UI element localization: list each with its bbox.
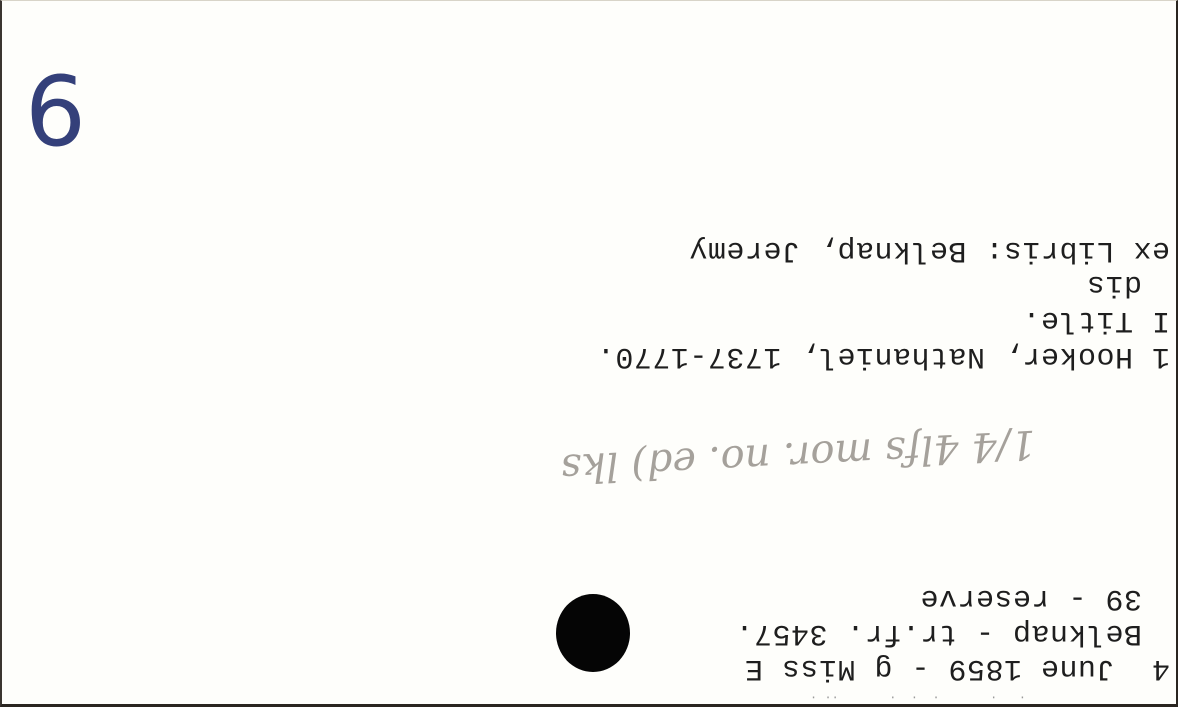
- accession-line-3: 39 - reserve: [920, 580, 1142, 616]
- accession-line-1: 4 June 1859 - g Miss E: [744, 650, 1170, 686]
- tracing-ex-libris: ex Libris: Belknap, Jeremy: [689, 232, 1170, 268]
- handwritten-number: 9: [25, 52, 86, 164]
- punch-hole: [556, 594, 630, 672]
- handwritten-note: 1/4 4lfs mor. no. ed) lks: [560, 421, 1037, 492]
- tracing-title: I Title.: [1022, 302, 1170, 338]
- tracing-author: 1 Hooker, Nathaniel, 1737-1770.: [596, 338, 1170, 374]
- scan-specks: · · · · · ·· ·: [810, 690, 1026, 704]
- accession-line-2: Belknap - tr.fr. 3457.: [735, 615, 1142, 651]
- catalog-card: 4 June 1859 - g Miss E Belknap - tr.fr. …: [0, 0, 1178, 707]
- card-content-upside-down: 4 June 1859 - g Miss E Belknap - tr.fr. …: [2, 1, 1176, 704]
- tracing-dis: dis: [1086, 266, 1142, 302]
